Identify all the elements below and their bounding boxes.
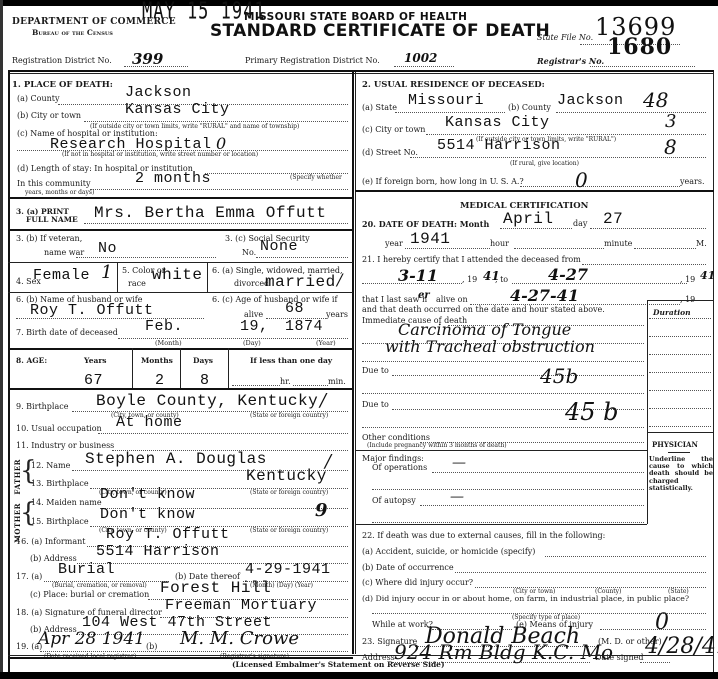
external-d-label: (d) Did injury occur in or about home, o… <box>362 594 689 603</box>
external-c-label: (c) Where did injury occur? <box>362 578 473 587</box>
marital-mark: / <box>337 270 342 289</box>
physician-note: Underline the cause to which death shoul… <box>649 456 713 492</box>
death-m-label: M. <box>696 239 707 248</box>
veteran-value[interactable]: No <box>98 240 117 257</box>
means-of-injury-value[interactable]: 0 <box>655 610 669 635</box>
race-value[interactable]: white <box>152 266 203 284</box>
last-saw-date-value[interactable]: 4-27-41 <box>510 286 579 305</box>
residence-street-mark: 8 <box>664 135 677 159</box>
residence-county-mark: 48 <box>643 88 668 112</box>
death-minute-label: minute <box>604 239 632 248</box>
place-of-death-heading: 1. PLACE OF DEATH: <box>12 80 113 90</box>
community-value[interactable]: 2 months <box>135 170 211 187</box>
attended-to-value[interactable]: 4-27 <box>548 265 588 284</box>
residence-state-label: (a) State <box>362 103 397 112</box>
mother-name-label: 14. Maiden name <box>31 498 102 507</box>
major-findings-label: Major findings: <box>362 454 424 463</box>
spouse-age-label-1: 6. (c) Age of husband or wife if <box>212 295 337 304</box>
burial-value[interactable]: Burial <box>58 561 115 578</box>
burial-caption: (Burial, cremation, or removal) <box>52 582 147 589</box>
informant-address-value[interactable]: 5514 Harrison <box>96 543 220 560</box>
burial-place-value[interactable]: Forest Hill <box>160 579 271 597</box>
death-year-label: year <box>385 239 403 248</box>
residence-city-mark: 3 <box>665 111 676 132</box>
occupation-value[interactable]: At home <box>116 414 183 431</box>
name-label-2: FULL NAME <box>26 215 78 224</box>
funeral-director-value[interactable]: Freeman Mortuary <box>165 597 317 614</box>
cause-line-2-value[interactable]: with Tracheal obstruction <box>385 337 595 356</box>
attended-to-year[interactable]: 41 <box>700 269 715 282</box>
residence-county-label: (b) County <box>508 103 551 112</box>
county-label: (a) County <box>17 94 60 103</box>
birth-day-value[interactable]: 19, <box>240 318 269 335</box>
birth-year-value[interactable]: 1874 <box>285 318 323 335</box>
divider <box>8 70 714 72</box>
death-hour-label: hour <box>490 239 509 248</box>
birthplace-mark: / <box>320 390 326 411</box>
birthplace-label: 9. Birthplace <box>16 402 68 411</box>
autopsy-label: Of autopsy <box>372 496 416 505</box>
registration-district-label: Registration District No. <box>12 56 112 65</box>
physician-label: PHYSICIAN <box>652 440 698 449</box>
age-label: 8. AGE: <box>16 356 47 365</box>
age-years-value[interactable]: 67 <box>84 372 103 389</box>
father-birthplace-value[interactable]: Kentucky <box>246 467 327 485</box>
burial-place-label: (c) Place: burial or cremation <box>30 590 149 599</box>
occurred-label: and that death occurred on the date and … <box>362 305 605 314</box>
to-label: , to <box>495 275 508 284</box>
age-days-label: Days <box>193 356 213 365</box>
burial-label: 17. (a) <box>16 572 42 581</box>
mother-birthplace-label: 15. Birthplace <box>31 517 89 526</box>
alive-on-label: alive on <box>436 295 468 304</box>
residence-street-value[interactable]: 5514 Harrison <box>437 137 561 154</box>
due-to-label-2: Due to <box>362 400 389 409</box>
registrars-no-label: Registrar's No. <box>537 56 604 66</box>
death-county-value[interactable]: Jackson <box>125 84 192 101</box>
age-days-value[interactable]: 8 <box>200 372 210 389</box>
occupation-label: 10. Usual occupation <box>16 424 102 433</box>
registration-district-number: 399 <box>132 50 163 68</box>
footer-note: (Licensed Embalmer's Statement on Revers… <box>232 660 445 669</box>
mother-birthplace-caption-state: (State or foreign country) <box>250 527 328 534</box>
last-saw-pronoun: er <box>418 290 430 301</box>
birth-month-value[interactable]: Feb. <box>145 318 183 335</box>
date-received-value[interactable]: Apr 28 1941 <box>38 629 145 649</box>
due-to-label-1: Due to <box>362 366 389 375</box>
certify-label: 21. I hereby certify that I attended the… <box>362 255 581 264</box>
mother-name-value[interactable]: Don't know <box>100 486 195 503</box>
year-caption: (Year) <box>316 339 336 347</box>
primary-registration-label: Primary Registration District No. <box>245 56 380 65</box>
marital-label-2: divorced <box>234 279 269 288</box>
age-months-value[interactable]: 2 <box>155 372 165 389</box>
birthplace-value[interactable]: Boyle County, Kentucky <box>96 392 318 410</box>
primary-registration-number: 1002 <box>404 51 437 65</box>
birthplace-caption-state: (State or foreign country) <box>250 412 328 419</box>
certificate-title: STANDARD CERTIFICATE OF DEATH <box>210 21 550 41</box>
column-divider <box>352 72 354 654</box>
registrar-b-label: (b) <box>146 642 157 651</box>
state-file-number-2: 1680 <box>607 34 672 60</box>
scan-left-edge <box>0 0 3 679</box>
foreign-born-label: (e) If foreign born, how long in U. S. A… <box>362 177 524 186</box>
usual-residence-heading: 2. USUAL RESIDENCE OF DECEASED: <box>362 80 545 90</box>
operations-value[interactable]: — <box>452 455 466 471</box>
city-label: (b) City or town <box>17 111 81 120</box>
external-b-label: (b) Date of occurrence <box>362 563 454 572</box>
community-label: In this community <box>17 179 91 188</box>
burial-date-value[interactable]: 4-29-1941 <box>245 561 331 578</box>
informant-value[interactable]: Roy T. Offutt <box>106 526 230 543</box>
father-name-label: 12. Name <box>31 461 70 470</box>
residence-county-value[interactable]: Jackson <box>557 92 624 109</box>
scan-bottom-edge <box>0 672 718 679</box>
sex-mark: 1 <box>101 262 112 283</box>
hospital-note: (If not in hospital or institution, writ… <box>62 151 258 158</box>
registrar-signature-value[interactable]: M. M. Crowe <box>180 628 299 649</box>
father-name-value[interactable]: Stephen A. Douglas <box>85 450 267 468</box>
scan-top-edge <box>0 0 718 6</box>
father-birthplace-label: 13. Birthplace <box>31 479 89 488</box>
autopsy-value[interactable]: — <box>450 489 464 505</box>
comma-19-a: , 19 <box>462 275 477 284</box>
veteran-label-2: name war <box>44 248 84 257</box>
age-years-label: Years <box>84 356 107 365</box>
age-less-label: If less than one day <box>250 356 332 365</box>
death-city-value[interactable]: Kansas City <box>125 101 230 118</box>
death-year-value[interactable]: 1941 <box>410 230 450 248</box>
specify-note: (Specify whether <box>290 174 342 181</box>
comma-19-b: , 19 <box>680 275 695 284</box>
race-label-2: race <box>128 279 146 288</box>
residence-street-label: (d) Street No. <box>362 148 418 157</box>
cause-code-1: 45b <box>540 364 578 388</box>
age-hr-label: hr. <box>280 377 291 386</box>
veteran-label-1: 3. (b) If veteran, <box>16 234 82 243</box>
death-day-value[interactable]: 27 <box>603 210 623 228</box>
other-conditions-label: Other conditions <box>362 433 430 442</box>
attended-from-value[interactable]: 3-11 <box>398 266 438 285</box>
ssn-label-2: No. <box>242 248 256 257</box>
sex-value[interactable]: Female <box>33 267 90 284</box>
mother-birthplace-value[interactable]: Don't know <box>100 506 195 523</box>
state-file-label: State File No. <box>537 33 593 42</box>
residence-city-label: (c) City or town <box>362 125 425 134</box>
bureau-label: Bureau of the Census <box>32 28 113 37</box>
birth-date-label: 7. Birth date of deceased <box>16 328 118 337</box>
external-causes-heading: 22. If death was due to external causes,… <box>362 531 605 540</box>
informant-label: 16. (a) Informant <box>16 537 85 546</box>
spouse-age-value[interactable]: 68 <box>285 300 304 317</box>
external-a-label: (a) Accident, suicide, or homicide (spec… <box>362 547 535 556</box>
residence-street-note: (If rural, give location) <box>510 160 579 167</box>
age-min-label: min. <box>328 377 346 386</box>
cause-code-2: 45 b <box>565 398 619 426</box>
death-day-label: day <box>573 219 587 228</box>
month-caption: (Month) <box>155 339 182 347</box>
operations-label: Of operations <box>372 463 427 472</box>
spouse-value[interactable]: Roy T. Offutt <box>30 302 154 319</box>
foreign-born-value[interactable]: 0 <box>575 168 588 192</box>
marital-value[interactable]: married <box>265 273 336 291</box>
community-note: years, months or days) <box>25 189 94 196</box>
foreign-born-unit: years. <box>680 177 705 186</box>
residence-state-value[interactable]: Missouri <box>408 92 484 109</box>
full-name-value[interactable]: Mrs. Bertha Emma Offutt <box>94 204 326 222</box>
while-at-work-label: While at work? <box>372 620 433 629</box>
industry-label: 11. Industry or business <box>16 441 114 450</box>
day-caption: (Day) <box>243 339 261 347</box>
father-birthplace-caption-state: (State or foreign country) <box>250 489 328 496</box>
other-conditions-note: (Include pregnancy within 3 months of de… <box>367 442 507 449</box>
age-months-label: Months <box>141 356 173 365</box>
spouse-age-unit: years <box>326 310 348 319</box>
residence-city-value[interactable]: Kansas City <box>445 114 550 131</box>
ssn-value[interactable]: None <box>260 238 298 255</box>
death-month-value[interactable]: April <box>503 210 554 228</box>
mother-mark: 9 <box>315 500 328 521</box>
date-of-death-label: 20. DATE OF DEATH: Month <box>362 219 489 229</box>
duration-label: Duration <box>653 308 691 317</box>
